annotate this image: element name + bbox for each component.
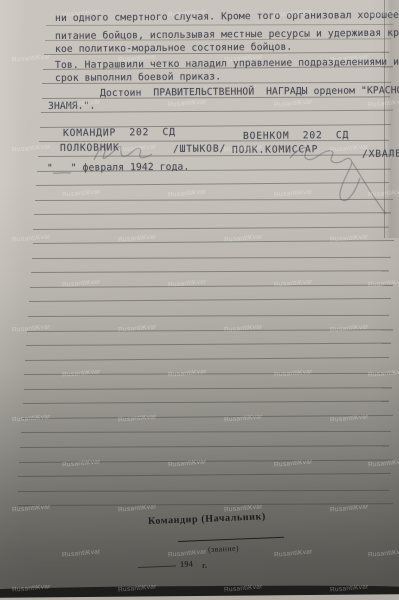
rule-line [24, 373, 393, 375]
rule-line [29, 298, 391, 302]
rule-line [23, 387, 391, 390]
commander-rank: ПОЛКОВНИК [60, 142, 120, 154]
rule-line [46, 24, 393, 26]
rule-line [32, 240, 392, 244]
typed-line-5: срок выполнил боевой приказ. [55, 71, 221, 84]
rule-line [22, 415, 393, 419]
rule-line [25, 357, 389, 361]
rule-line [19, 459, 393, 462]
commissar-title: ВОЕНКОМ 202 СД [243, 130, 349, 142]
rule-line [35, 198, 393, 200]
rule-line [28, 315, 389, 317]
rule-line [31, 271, 389, 274]
rule-line [36, 182, 389, 186]
rule-line [34, 212, 391, 215]
rule-line [27, 329, 393, 332]
rule-line [38, 154, 393, 157]
rule-line [26, 343, 391, 346]
footer-year: 194 [180, 558, 193, 569]
rule-line [18, 489, 389, 491]
rule-line [23, 401, 389, 404]
commander-name: /ШТЫКОВ/ [173, 143, 226, 155]
rule-line [20, 445, 389, 448]
date-line: "___" февраля 1942 года. [47, 162, 189, 174]
commissar-name: /ХВАЛЕВ [362, 149, 399, 160]
footer-year-suffix: г. [202, 560, 207, 570]
commander-title: КОМАНДИР 202 СД [63, 127, 176, 139]
rule-line [33, 226, 389, 229]
footer-rank-caption: (звание) [208, 544, 239, 554]
typed-line-3: кое политико-моральное состояние бойцов. [55, 42, 292, 55]
rule-line [18, 503, 393, 506]
rule-line [21, 431, 391, 433]
typed-line-7: ЗНАМЯ.". [48, 101, 96, 112]
rule-line [30, 284, 393, 287]
scanned-document-page: ни одного смертного случая. Кроме того о… [0, 0, 399, 600]
rule-line [32, 257, 391, 259]
commissar-rank: ПОЛК.КОМИССАР [232, 144, 318, 156]
rule-line [18, 473, 391, 477]
